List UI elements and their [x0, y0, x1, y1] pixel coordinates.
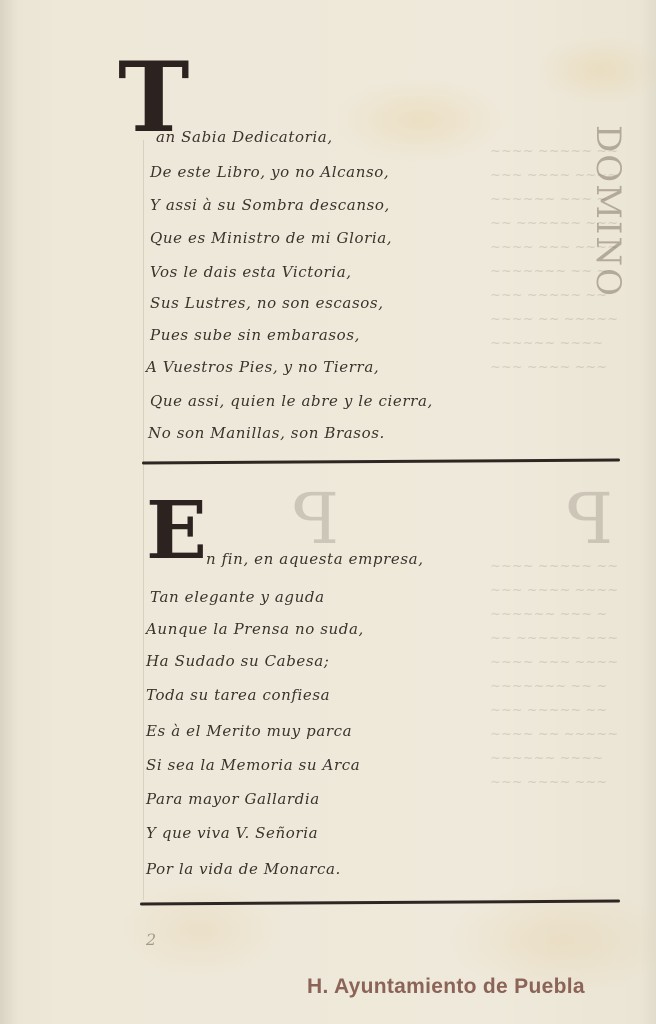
stanza1-line-7: Pues sube sin embarasos,: [150, 326, 360, 344]
page-number: 2: [146, 930, 156, 949]
stanza1-line-8: A Vuestros Pies, y no Tierra,: [146, 358, 379, 376]
vertical-show-through-stamp: DOMINO: [598, 125, 628, 298]
margin-rule: [143, 140, 144, 900]
stanza2-line-1: n fin, en aquesta empresa,: [206, 550, 424, 568]
archive-watermark: H. Ayuntamiento de Puebla: [307, 975, 585, 999]
stanza1-line-9: Que assi, quien le abre y le cierra,: [150, 392, 433, 410]
stanza2-line-7: Si sea la Memoria su Arca: [146, 756, 360, 774]
stanza2-line-10: Por la vida de Monarca.: [146, 860, 341, 878]
stanza1-line-1: an Sabia Dedicatoria,: [156, 128, 333, 146]
stanza2-line-8: Para mayor Gallardia: [146, 790, 320, 808]
stanza1-line-6: Sus Lustres, no son escasos,: [150, 294, 384, 312]
stanza2-line-3: Aunque la Prensa no suda,: [146, 620, 364, 638]
stanza2-line-5: Toda su tarea confiesa: [146, 686, 330, 704]
stanza1-line-4: Que es Ministro de mi Gloria,: [150, 229, 392, 247]
stanza2-line-6: Es à el Merito muy parca: [146, 722, 352, 740]
ghost-letter-right: P: [566, 478, 613, 560]
stanza2-line-4: Ha Sudado su Cabesa;: [146, 652, 329, 670]
stanza1-line-2: De este Libro, yo no Alcanso,: [150, 163, 389, 181]
stanza1-line-10: No son Manillas, son Brasos.: [148, 424, 385, 442]
drop-cap-e: E: [146, 490, 207, 570]
stanza1-line-5: Vos le dais esta Victoria,: [150, 263, 352, 281]
ghost-letter-center: P: [292, 478, 339, 560]
stanza2-line-9: Y que viva V. Señoria: [146, 824, 318, 842]
stanza1-line-3: Y assi à su Sombra descanso,: [150, 196, 390, 214]
bleed-through-text-bottom: ~~~~ ~~~~~ ~~~~~ ~~~~ ~~~~~~~~~~ ~~~ ~~~…: [490, 555, 650, 795]
stanza2-line-2: Tan elegante y aguda: [150, 588, 325, 606]
